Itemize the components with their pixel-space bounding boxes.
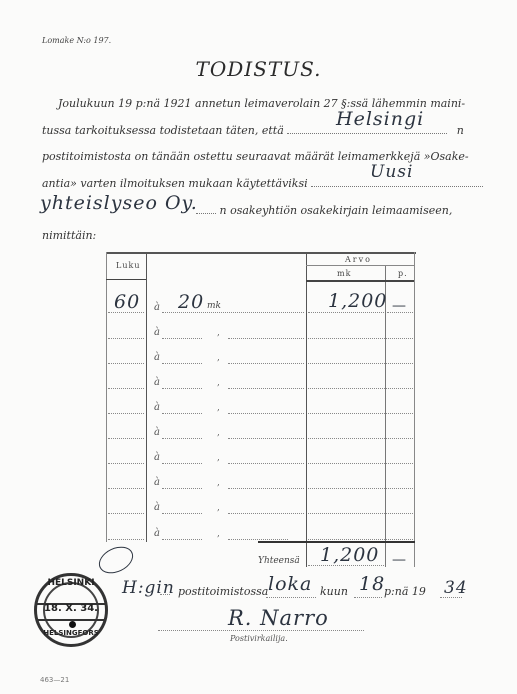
sum-line xyxy=(258,541,415,543)
row-7-each: à xyxy=(154,452,160,463)
total-marks-line xyxy=(308,565,384,566)
body-line-5: n osakeyhtiön osakekirjain leimaamiseen, xyxy=(196,203,452,218)
handwritten-place-abbr: H:gin xyxy=(122,578,175,598)
value-header-bottom xyxy=(306,280,414,282)
table-top-border xyxy=(106,252,416,254)
form-number: Lomake N:o 197. xyxy=(42,36,111,45)
row-2-each: à xyxy=(154,327,160,338)
handwritten-month: loka xyxy=(268,573,312,595)
row-4-each: à xyxy=(154,377,160,388)
handwritten-company-1: Uusi xyxy=(370,162,413,182)
row-1-marks-line xyxy=(308,312,384,313)
signature-flourish xyxy=(95,542,138,579)
total-pennies: — xyxy=(392,552,406,568)
total-label: Yhteensä xyxy=(258,556,300,566)
postmark-stamp: HELSINKI 18. X. 34. HELSINGFORS xyxy=(34,573,108,647)
signature-label: Postivirkailija. xyxy=(230,634,288,643)
row-6-each: à xyxy=(154,427,160,438)
header-value: Arvo xyxy=(345,255,372,264)
row-8-each: à xyxy=(154,477,160,488)
header-pennies: p. xyxy=(398,269,408,278)
stamp-bottom-text: HELSINGFORS xyxy=(37,629,105,637)
row-1-count: 60 xyxy=(114,291,140,313)
row-1-pennies-line xyxy=(387,312,413,313)
body-line-4: antia» varten ilmoituksen mukaan käytett… xyxy=(42,176,483,191)
row-1-unit: mk xyxy=(207,301,221,311)
signature: R. Narro xyxy=(228,606,329,630)
row-1-count-line xyxy=(108,312,144,313)
handwritten-year: 34 xyxy=(444,578,468,598)
body-line-5-suffix: n osakeyhtiön osakekirjain leimaamiseen, xyxy=(220,204,453,217)
month-line xyxy=(266,597,316,598)
body-line-4-prefix: antia» varten ilmoituksen mukaan käytett… xyxy=(42,177,308,190)
row-1-desc-line xyxy=(162,312,304,313)
value-header-divider xyxy=(306,265,414,266)
row-10-each: à xyxy=(154,528,160,539)
closing-office: postitoimistossa xyxy=(178,585,268,599)
table-count-divider xyxy=(146,252,147,542)
table-value-divider xyxy=(306,252,307,567)
handwritten-company-2: yhteislyseo Oy. xyxy=(40,192,198,214)
table-left-border xyxy=(106,252,107,542)
footer-print-code: 463—21 xyxy=(40,676,69,684)
closing-month-suffix: kuun xyxy=(320,585,348,599)
company-field-end xyxy=(196,203,216,214)
row-1-each: à xyxy=(154,302,160,313)
body-line-2-prefix: tussa tarkoituksessa todistetaan täten, … xyxy=(42,124,284,137)
closing-date-text: p:nä 19 xyxy=(384,585,426,599)
stamp-top-text: HELSINKI xyxy=(37,578,105,588)
handwritten-place: Helsingi xyxy=(336,108,424,130)
body-line-6: nimittäin: xyxy=(42,229,96,243)
header-marks: mk xyxy=(337,269,351,278)
handwritten-day: 18 xyxy=(359,573,385,595)
count-header-bottom xyxy=(106,279,146,280)
document-title: TODISTUS. xyxy=(0,57,517,81)
place-abbr-line xyxy=(160,594,170,595)
row-1-marks: 1,200 xyxy=(328,290,387,312)
table-right-border xyxy=(414,252,415,567)
header-count: Luku xyxy=(116,261,140,270)
body-line-2-suffix: n xyxy=(457,124,464,137)
row-9-each: à xyxy=(154,502,160,513)
row-3-each: à xyxy=(154,352,160,363)
row-5-each: à xyxy=(154,402,160,413)
row-1-denomination: 20 xyxy=(178,291,204,313)
stamp-date: 18. X. 34. xyxy=(37,603,105,614)
signature-line xyxy=(158,630,364,631)
total-marks: 1,200 xyxy=(320,544,379,566)
year-line xyxy=(440,597,462,598)
day-line xyxy=(354,597,382,598)
